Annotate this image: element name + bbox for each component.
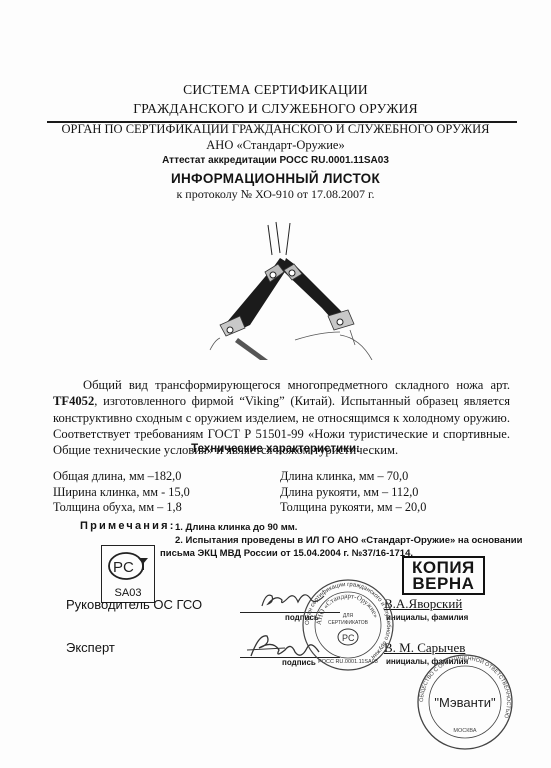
notes-label: Примечания: [80, 520, 176, 532]
description-part1: Общий вид трансформирующегося многопредм… [83, 378, 510, 392]
svg-text:ДЛЯ: ДЛЯ [343, 613, 354, 619]
copy-verified-stamp: КОПИЯ ВЕРНА [402, 556, 485, 595]
note-2-cont: письма ЭКЦ МВД России от 15.04.2004 г. №… [160, 547, 413, 560]
accreditation-number: Аттестат аккредитации РОСС RU.0001.11SA0… [0, 155, 551, 166]
specs-right-column: Длина клинка, мм – 70,0 Длина рукояти, м… [280, 469, 426, 516]
protocol-reference: к протоколу № ХО-910 от 17.08.2007 г. [0, 187, 551, 202]
specs-left-column: Общая длина, мм –182,0 Ширина клинка, мм… [53, 469, 190, 516]
protocol-prefix: к протоколу № [176, 187, 252, 201]
certification-body-seal: Орган сертификации гражданского и служеб… [300, 577, 396, 673]
rst-certification-icon: PC [102, 546, 154, 584]
svg-text:"Мэванти": "Мэванти" [434, 695, 496, 710]
note-2: 2. Испытания проведены в ИЛ ГО АНО «Стан… [175, 534, 522, 547]
svg-text:PC: PC [113, 559, 134, 576]
name-caption-1: инициалы, фамилия [386, 613, 468, 622]
spec-blade-width: Ширина клинка, мм - 15,0 [53, 485, 190, 501]
document-title: ИНФОРМАЦИОННЫЙ ЛИСТОК [0, 171, 551, 186]
certification-organ: ОРГАН ПО СЕРТИФИКАЦИИ ГРАЖДАНСКОГО И СЛУ… [0, 122, 551, 137]
organization-name: АНО «Стандарт-Оружие» [0, 138, 551, 153]
note-1: 1. Длина клинка до 90 мм. [175, 521, 297, 534]
svg-text:PC: PC [342, 633, 355, 643]
company-seal-mevanti: ОБЩЕСТВО С ОГРАНИЧЕННОЙ ОТВЕТСТВЕННОСТЬЮ… [415, 652, 515, 752]
rst-certification-mark: PC SA03 [101, 545, 155, 603]
spec-handle-length: Длина рукояти, мм – 112,0 [280, 485, 426, 501]
signatory-role-head: Руководитель ОС ГСО [66, 597, 202, 612]
svg-text:СЕРТИФИКАТОВ: СЕРТИФИКАТОВ [328, 620, 369, 626]
system-title-line2: ГРАЖДАНСКОГО И СЛУЖЕБНОГО ОРУЖИЯ [0, 101, 551, 117]
protocol-date: 17.08.2007 г. [311, 187, 375, 201]
article-number: TF4052 [53, 394, 94, 408]
spec-blade-length: Длина клинка, мм – 70,0 [280, 469, 426, 485]
svg-text:МОСКВА: МОСКВА [453, 728, 477, 734]
spec-total-length: Общая длина, мм –182,0 [53, 469, 190, 485]
system-title-line1: СИСТЕМА СЕРТИФИКАЦИИ [0, 82, 551, 98]
spec-handle-thickness: Толщина рукояти, мм – 20,0 [280, 500, 426, 516]
svg-text:РОСС RU.0001.11SA03: РОСС RU.0001.11SA03 [318, 659, 378, 665]
multitool-knife-photo [190, 220, 390, 360]
copy-stamp-line2: ВЕРНА [412, 576, 475, 592]
spec-spine-thickness: Толщина обуха, мм – 1,8 [53, 500, 190, 516]
specs-title: Технические характеристики: [0, 443, 551, 455]
protocol-from: от [297, 187, 308, 201]
protocol-number: ХО-910 [255, 187, 294, 201]
signatory-role-expert: Эксперт [66, 640, 115, 655]
